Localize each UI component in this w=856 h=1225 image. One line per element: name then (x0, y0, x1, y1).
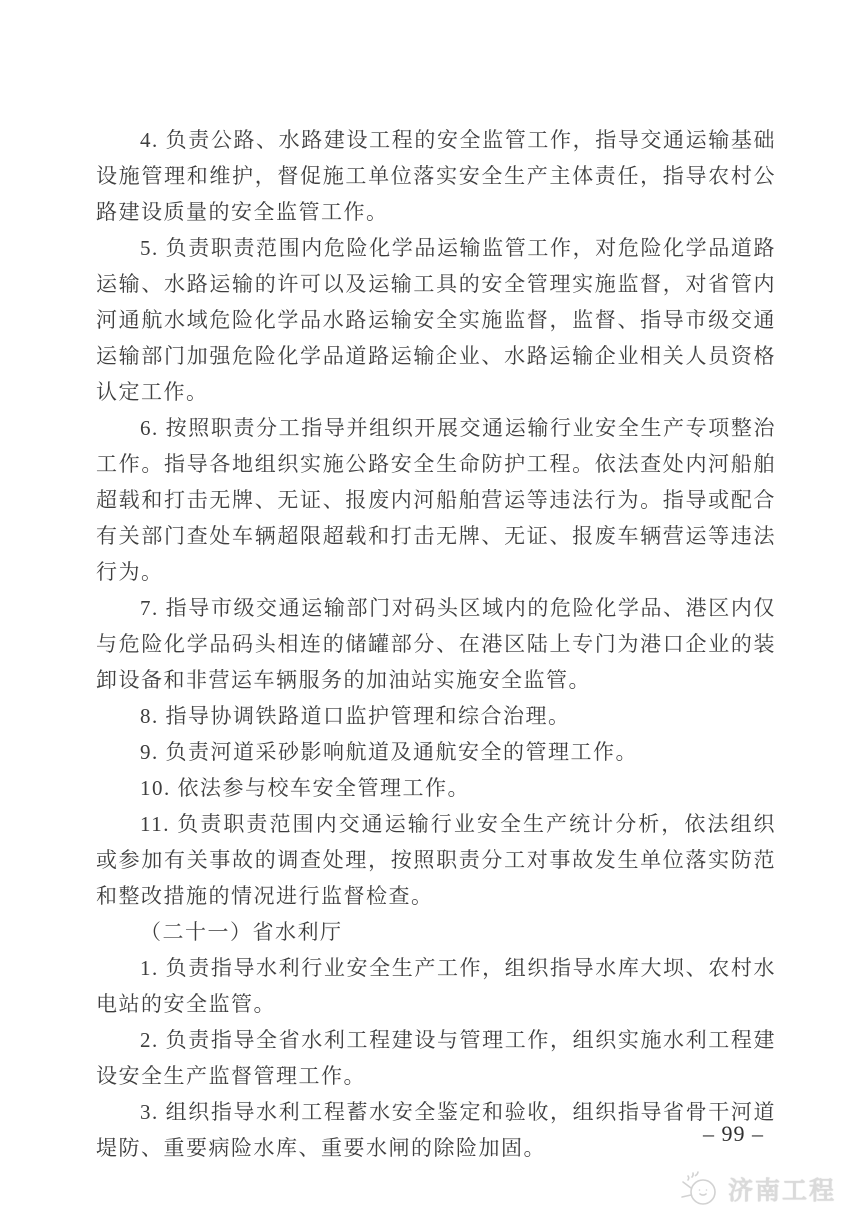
paragraph-item-11: 11. 负责职责范围内交通运输行业安全生产统计分析，依法组织或参加有关事故的调查… (96, 806, 776, 914)
document-page: 4. 负责公路、水路建设工程的安全监管工作，指导交通运输基础设施管理和维护，督促… (0, 0, 856, 1225)
paragraph-item-6: 6. 按照职责分工指导并组织开展交通运输行业安全生产专项整治工作。指导各地组织实… (96, 410, 776, 590)
paragraph-item-4: 4. 负责公路、水路建设工程的安全监管工作，指导交通运输基础设施管理和维护，督促… (96, 122, 776, 230)
paragraph-item-2: 2. 负责指导全省水利工程建设与管理工作，组织实施水利工程建设安全生产监督管理工… (96, 1022, 776, 1094)
mascot-icon (680, 1168, 722, 1210)
paragraph-item-1: 1. 负责指导水利行业安全生产工作，组织指导水库大坝、农村水电站的安全监管。 (96, 950, 776, 1022)
watermark-text: 济南工程 (728, 1171, 836, 1207)
paragraph-item-8: 8. 指导协调铁路道口监护管理和综合治理。 (96, 698, 776, 734)
watermark: 济南工程 (680, 1168, 836, 1210)
paragraph-item-5: 5. 负责职责范围内危险化学品运输监管工作，对危险化学品道路运输、水路运输的许可… (96, 230, 776, 410)
paragraph-item-10: 10. 依法参与校车安全管理工作。 (96, 770, 776, 806)
section-heading: （二十一）省水利厅 (96, 914, 776, 950)
document-body: 4. 负责公路、水路建设工程的安全监管工作，指导交通运输基础设施管理和维护，督促… (96, 122, 776, 1166)
paragraph-item-7: 7. 指导市级交通运输部门对码头区域内的危险化学品、港区内仅与危险化学品码头相连… (96, 590, 776, 698)
page-number: – 99 – (703, 1121, 764, 1147)
paragraph-item-3: 3. 组织指导水利工程蓄水安全鉴定和验收，组织指导省骨干河道堤防、重要病险水库、… (96, 1094, 776, 1166)
paragraph-item-9: 9. 负责河道采砂影响航道及通航安全的管理工作。 (96, 734, 776, 770)
